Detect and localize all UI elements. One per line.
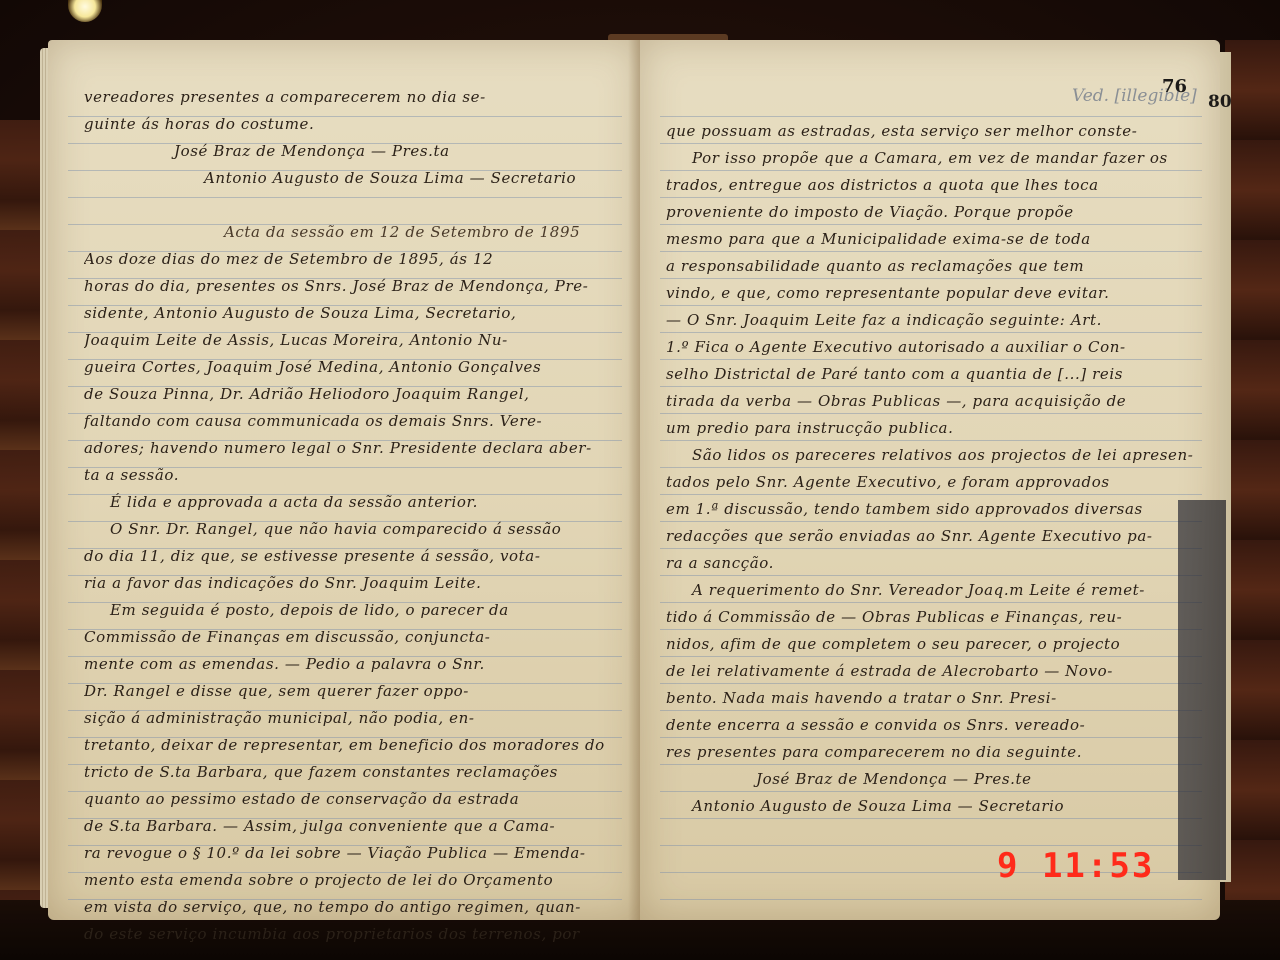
text-line: nidos, afim de que completem o seu parec… xyxy=(666,631,1196,658)
left-page-text: vereadores presentes a comparecerem no d… xyxy=(84,84,610,948)
text-line: do dia 11, diz que, se estivesse present… xyxy=(84,543,610,570)
text-line: quanto ao pessimo estado de conservação … xyxy=(84,786,610,813)
right-page: Ved. [illegible] 76 que possuam as estra… xyxy=(640,40,1220,920)
signature-secretary: Antonio Augusto de Souza Lima — Secretar… xyxy=(666,793,1196,820)
text-line: proveniente do imposto de Viação. Porque… xyxy=(666,199,1196,226)
text-line: vereadores presentes a comparecerem no d… xyxy=(84,84,610,111)
text-line: gueira Cortes, Joaquim José Medina, Anto… xyxy=(84,354,610,381)
text-line: horas do dia, presentes os Snrs. José Br… xyxy=(84,273,610,300)
text-line: em vista do serviço, que, no tempo do an… xyxy=(84,894,610,921)
signature-president: José Braz de Mendonça — Pres.ta xyxy=(84,138,610,165)
text-line: um predio para instrucção publica. xyxy=(666,415,1196,442)
text-line: vindo, e que, como representante popular… xyxy=(666,280,1196,307)
text-line: que possuam as estradas, esta serviço se… xyxy=(666,118,1196,145)
text-line: mente com as emendas. — Pedio a palavra … xyxy=(84,651,610,678)
text-line: trados, entregue aos districtos a quota … xyxy=(666,172,1196,199)
text-line: sição á administração municipal, não pod… xyxy=(84,705,610,732)
text-line-blank xyxy=(84,192,610,219)
text-line: ta a sessão. xyxy=(84,462,610,489)
text-line: São lidos os pareceres relativos aos pro… xyxy=(666,442,1196,469)
text-line: Dr. Rangel e disse que, sem querer fazer… xyxy=(84,678,610,705)
text-line: É lida e approvada a acta da sessão ante… xyxy=(84,489,610,516)
text-line: O Snr. Dr. Rangel, que não havia compare… xyxy=(84,516,610,543)
text-line: do este serviço incumbia aos proprietari… xyxy=(84,921,610,948)
text-line: Commissão de Finanças em discussão, conj… xyxy=(84,624,610,651)
text-line: res presentes para comparecerem no dia s… xyxy=(666,739,1196,766)
page-number: 76 xyxy=(1162,76,1187,97)
right-page-text: que possuam as estradas, esta serviço se… xyxy=(666,118,1196,820)
text-line: A requerimento do Snr. Vereador Joaq.m L… xyxy=(666,577,1196,604)
text-line: ria a favor das indicações do Snr. Joaqu… xyxy=(84,570,610,597)
text-line: Por isso propõe que a Camara, em vez de … xyxy=(666,145,1196,172)
text-line: 1.º Fica o Agente Executivo autorisado a… xyxy=(666,334,1196,361)
next-leaf-number: 80 xyxy=(1208,92,1232,112)
text-line: redacções que serão enviadas ao Snr. Age… xyxy=(666,523,1196,550)
text-line: mesmo para que a Municipalidade exima-se… xyxy=(666,226,1196,253)
camera-timestamp: 9 11:53 xyxy=(997,846,1154,886)
text-line: mento esta emenda sobre o projecto de le… xyxy=(84,867,610,894)
text-line: tido á Commissão de — Obras Publicas e F… xyxy=(666,604,1196,631)
text-line: ra revogue o § 10.º da lei sobre — Viaçã… xyxy=(84,840,610,867)
text-line: selho Districtal de Paré tanto com a qua… xyxy=(666,361,1196,388)
background-carpet-right xyxy=(1225,40,1280,960)
text-line: sidente, Antonio Augusto de Souza Lima, … xyxy=(84,300,610,327)
left-page: vereadores presentes a comparecerem no d… xyxy=(48,40,640,920)
open-ledger: vereadores presentes a comparecerem no d… xyxy=(48,40,1228,920)
text-line: — O Snr. Joaquim Leite faz a indicação s… xyxy=(666,307,1196,334)
text-line: guinte ás horas do costume. xyxy=(84,111,610,138)
text-line: de lei relativamente á estrada de Alecro… xyxy=(666,658,1196,685)
text-line: a responsabilidade quanto as reclamações… xyxy=(666,253,1196,280)
text-line: de Souza Pinna, Dr. Adrião Heliodoro Joa… xyxy=(84,381,610,408)
text-line: Aos doze dias do mez de Setembro de 1895… xyxy=(84,246,610,273)
text-line: dente encerra a sessão e convida os Snrs… xyxy=(666,712,1196,739)
text-line: tretanto, deixar de representar, em bene… xyxy=(84,732,610,759)
text-line: tados pelo Snr. Agente Executivo, e fora… xyxy=(666,469,1196,496)
text-line: tricto de S.ta Barbara, que fazem consta… xyxy=(84,759,610,786)
signature-secretary: Antonio Augusto de Souza Lima — Secretar… xyxy=(84,165,610,192)
text-line: Joaquim Leite de Assis, Lucas Moreira, A… xyxy=(84,327,610,354)
text-line: tirada da verba — Obras Publicas —, para… xyxy=(666,388,1196,415)
text-line: faltando com causa communicada os demais… xyxy=(84,408,610,435)
text-line: de S.ta Barbara. — Assim, julga convenie… xyxy=(84,813,610,840)
signature-president: José Braz de Mendonça — Pres.te xyxy=(666,766,1196,793)
lamp-glare xyxy=(68,0,102,22)
text-line: adores; havendo numero legal o Snr. Pres… xyxy=(84,435,610,462)
display-case-edge xyxy=(1178,500,1226,880)
text-line: bento. Nada mais havendo a tratar o Snr.… xyxy=(666,685,1196,712)
session-title: Acta da sessão em 12 de Setembro de 1895 xyxy=(84,219,610,246)
text-line: Em seguida é posto, depois de lido, o pa… xyxy=(84,597,610,624)
text-line: em 1.ª discussão, tendo tambem sido appr… xyxy=(666,496,1196,523)
text-line: ra a sancção. xyxy=(666,550,1196,577)
